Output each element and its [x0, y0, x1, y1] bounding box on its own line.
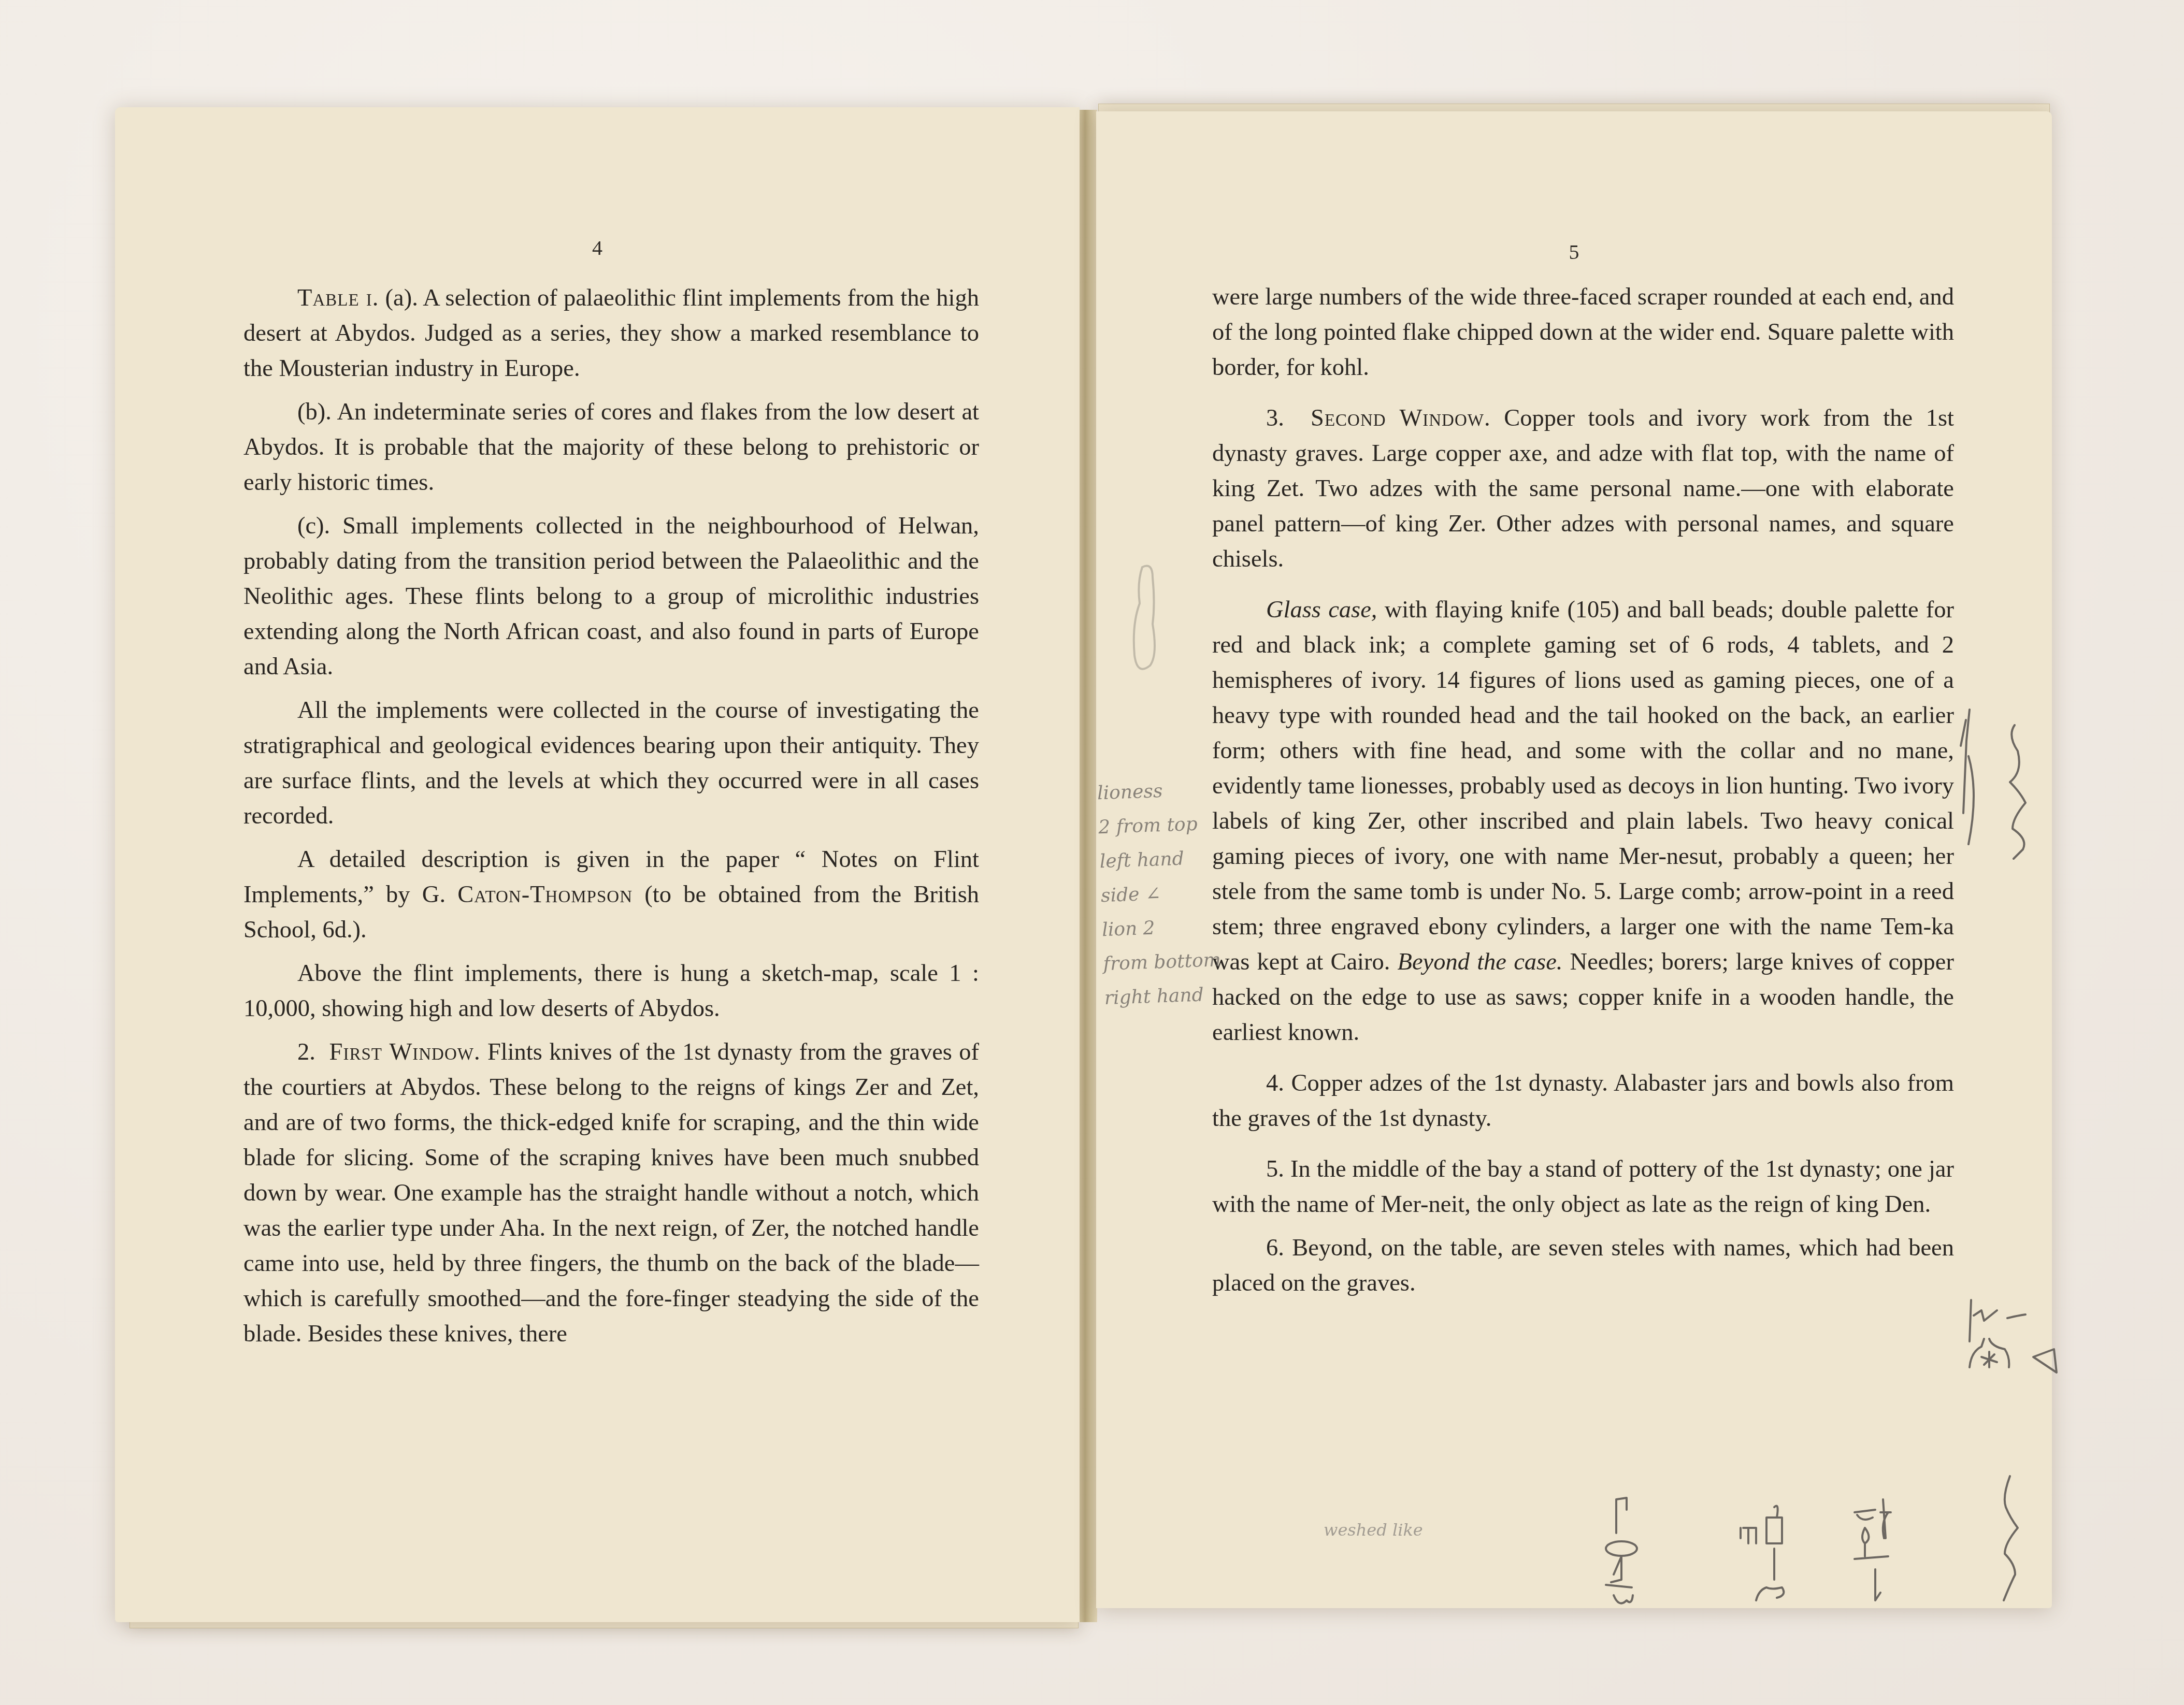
- table-label: Table i.: [297, 285, 379, 311]
- paragraph-glass-case: Glass case, with flaying knife (105) and…: [1212, 593, 1954, 1050]
- right-page-text: were large numbers of the wide three-fac…: [1212, 280, 1954, 1309]
- paragraph-table-1a: Table i. (a). A selection of palaeolithi…: [243, 281, 979, 386]
- left-page: 4 Table i. (a). A selection of palaeolit…: [115, 107, 1080, 1622]
- paragraph-1c: (c). Small implements collected in the n…: [243, 509, 979, 685]
- book-gutter: [1079, 110, 1097, 1622]
- paragraph-item-4: 4. Copper adzes of the 1st dynasty. Alab…: [1212, 1066, 1954, 1136]
- margin-note-lioness: lioness 2 from top left hand side ∠ lion…: [1097, 772, 1229, 1016]
- paragraph-1b: (b). An indeterminate series of cores an…: [243, 395, 979, 500]
- faint-outline-sketch-icon: [1132, 562, 1163, 681]
- paragraph-item-5: 5. In the middle of the bay a stand of p…: [1212, 1152, 1954, 1222]
- paragraph-continuation: were large numbers of the wide three-fac…: [1212, 280, 1954, 385]
- page-number-right: 5: [1096, 240, 2052, 264]
- paragraph-item-6: 6. Beyond, on the table, are seven stele…: [1212, 1231, 1954, 1301]
- section-heading: Second Window.: [1311, 405, 1490, 431]
- pottery-sketch-icon: [1969, 1300, 2072, 1372]
- section-heading: First Window.: [329, 1039, 481, 1065]
- vertical-bracket-icon: [1958, 710, 1989, 844]
- right-page: 5 were large numbers of the wide three-f…: [1096, 111, 2052, 1608]
- wavy-line-icon: [2007, 725, 2038, 860]
- paragraph-second-window: 3. Second Window. Copper tools and ivory…: [1212, 401, 1954, 577]
- left-page-text: Table i. (a). A selection of palaeolithi…: [243, 281, 979, 1360]
- hieroglyph-sketches-icon: [1601, 1492, 1932, 1616]
- paragraph-collection: All the implements were collected in the…: [243, 693, 979, 834]
- author-name: Caton-Thompson: [457, 882, 633, 908]
- paragraph-first-window: 2. First Window. Flints knives of the 1s…: [243, 1035, 979, 1352]
- paragraph-notes-reference: A detailed description is given in the p…: [243, 842, 979, 948]
- wavy-line-icon: [2000, 1476, 2031, 1606]
- pencil-caption: weshed like: [1324, 1520, 1423, 1540]
- paragraph-sketch-map: Above the flint implements, there is hun…: [243, 956, 979, 1027]
- page-number-left: 4: [115, 236, 1080, 260]
